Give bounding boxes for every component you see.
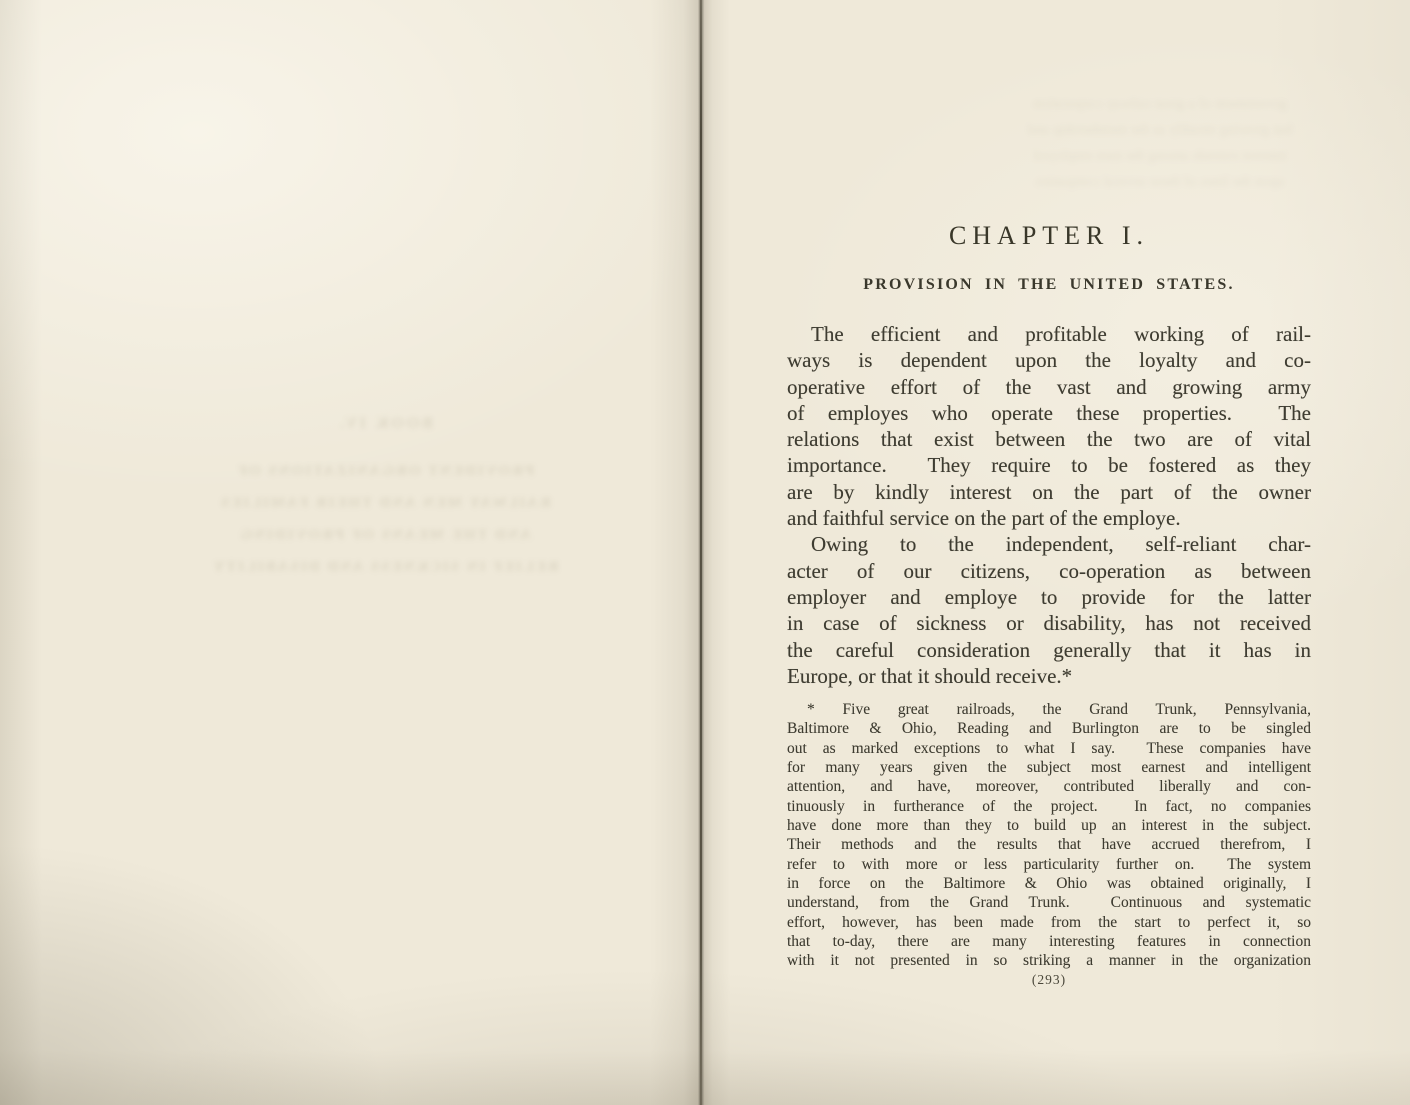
page-number: (293) xyxy=(787,972,1311,988)
show-through-line: RELIEF IN SICKNESS AND DISABILITY xyxy=(170,559,600,576)
footnote-line: effort, however, has been made from the … xyxy=(787,913,1311,932)
show-through-text-right: government of a great railway corporatio… xyxy=(960,96,1360,200)
footnote-line: understand, from the Grand Trunk. Contin… xyxy=(787,893,1311,912)
show-through-line: but growing steadily as the membership a… xyxy=(960,122,1360,139)
body-text: The efficient and profitable working of … xyxy=(787,321,1311,689)
body-text-line: the careful consideration generally that… xyxy=(787,637,1311,663)
footnote-line: for many years given the subject most ea… xyxy=(787,758,1311,777)
book-spread: BOOK IV.PROVIDENT ORGANIZATIONS OFRAILWA… xyxy=(0,0,1410,1105)
book-gutter-fold xyxy=(650,0,730,1105)
show-through-line: government of a great railway corporatio… xyxy=(960,96,1360,113)
show-through-line: RAILWAY MEN AND THEIR FAMILIES xyxy=(170,495,600,512)
footnote: * Five great railroads, the Grand Trunk,… xyxy=(787,700,1311,971)
section-heading: PROVISION IN THE UNITED STATES. xyxy=(787,276,1311,294)
footnote-line: * Five great railroads, the Grand Trunk,… xyxy=(787,700,1311,719)
footnote-line: refer to with more or less particularity… xyxy=(787,855,1311,874)
body-text-line: ways is dependent upon the loyalty and c… xyxy=(787,347,1311,373)
show-through-line: upon the lines of these several companie… xyxy=(960,174,1360,191)
footnote-line: in force on the Baltimore & Ohio was obt… xyxy=(787,874,1311,893)
footnote-line: attention, and have, moreover, contribut… xyxy=(787,777,1311,796)
body-text-line: Europe, or that it should receive.* xyxy=(787,663,1311,689)
footnote-line: tinuously in furtherance of the project.… xyxy=(787,797,1311,816)
footnote-line: out as marked exceptions to what I say. … xyxy=(787,739,1311,758)
body-text-line: Owing to the independent, self-reliant c… xyxy=(787,531,1311,557)
footnote-line: Baltimore & Ohio, Reading and Burlington… xyxy=(787,719,1311,738)
body-text-line: employer and employe to provide for the … xyxy=(787,584,1311,610)
body-text-line: and faithful service on the part of the … xyxy=(787,505,1311,531)
body-text-line: relations that exist between the two are… xyxy=(787,426,1311,452)
footnote-line: Their methods and the results that have … xyxy=(787,835,1311,854)
right-page: government of a great railway corporatio… xyxy=(730,0,1410,1105)
paragraph-1: The efficient and profitable working of … xyxy=(787,321,1311,531)
body-text-line: of employes who operate these properties… xyxy=(787,400,1311,426)
body-text-line: importance. They require to be fostered … xyxy=(787,452,1311,478)
show-through-line: BOOK IV. xyxy=(170,415,600,433)
left-page: BOOK IV.PROVIDENT ORGANIZATIONS OFRAILWA… xyxy=(0,0,650,1105)
footnote-line: that to-day, there are many interesting … xyxy=(787,932,1311,951)
paragraph-2: Owing to the independent, self-reliant c… xyxy=(787,531,1311,689)
body-text-line: The efficient and profitable working of … xyxy=(787,321,1311,347)
footnote-line: have done more than they to build up an … xyxy=(787,816,1311,835)
body-text-line: acter of our citizens, co-operation as b… xyxy=(787,558,1311,584)
chapter-heading: CHAPTER I. xyxy=(787,221,1311,251)
body-text-line: operative effort of the vast and growing… xyxy=(787,374,1311,400)
show-through-line: interest extends among the men employed xyxy=(960,148,1360,165)
body-text-line: are by kindly interest on the part of th… xyxy=(787,479,1311,505)
show-through-text-left: BOOK IV.PROVIDENT ORGANIZATIONS OFRAILWA… xyxy=(170,415,600,591)
footnote-line: with it not presented in so striking a m… xyxy=(787,951,1311,970)
show-through-line: AND THE MEANS OF PROVIDING xyxy=(170,527,600,544)
body-text-line: in case of sickness or disability, has n… xyxy=(787,610,1311,636)
show-through-line: PROVIDENT ORGANIZATIONS OF xyxy=(170,463,600,480)
